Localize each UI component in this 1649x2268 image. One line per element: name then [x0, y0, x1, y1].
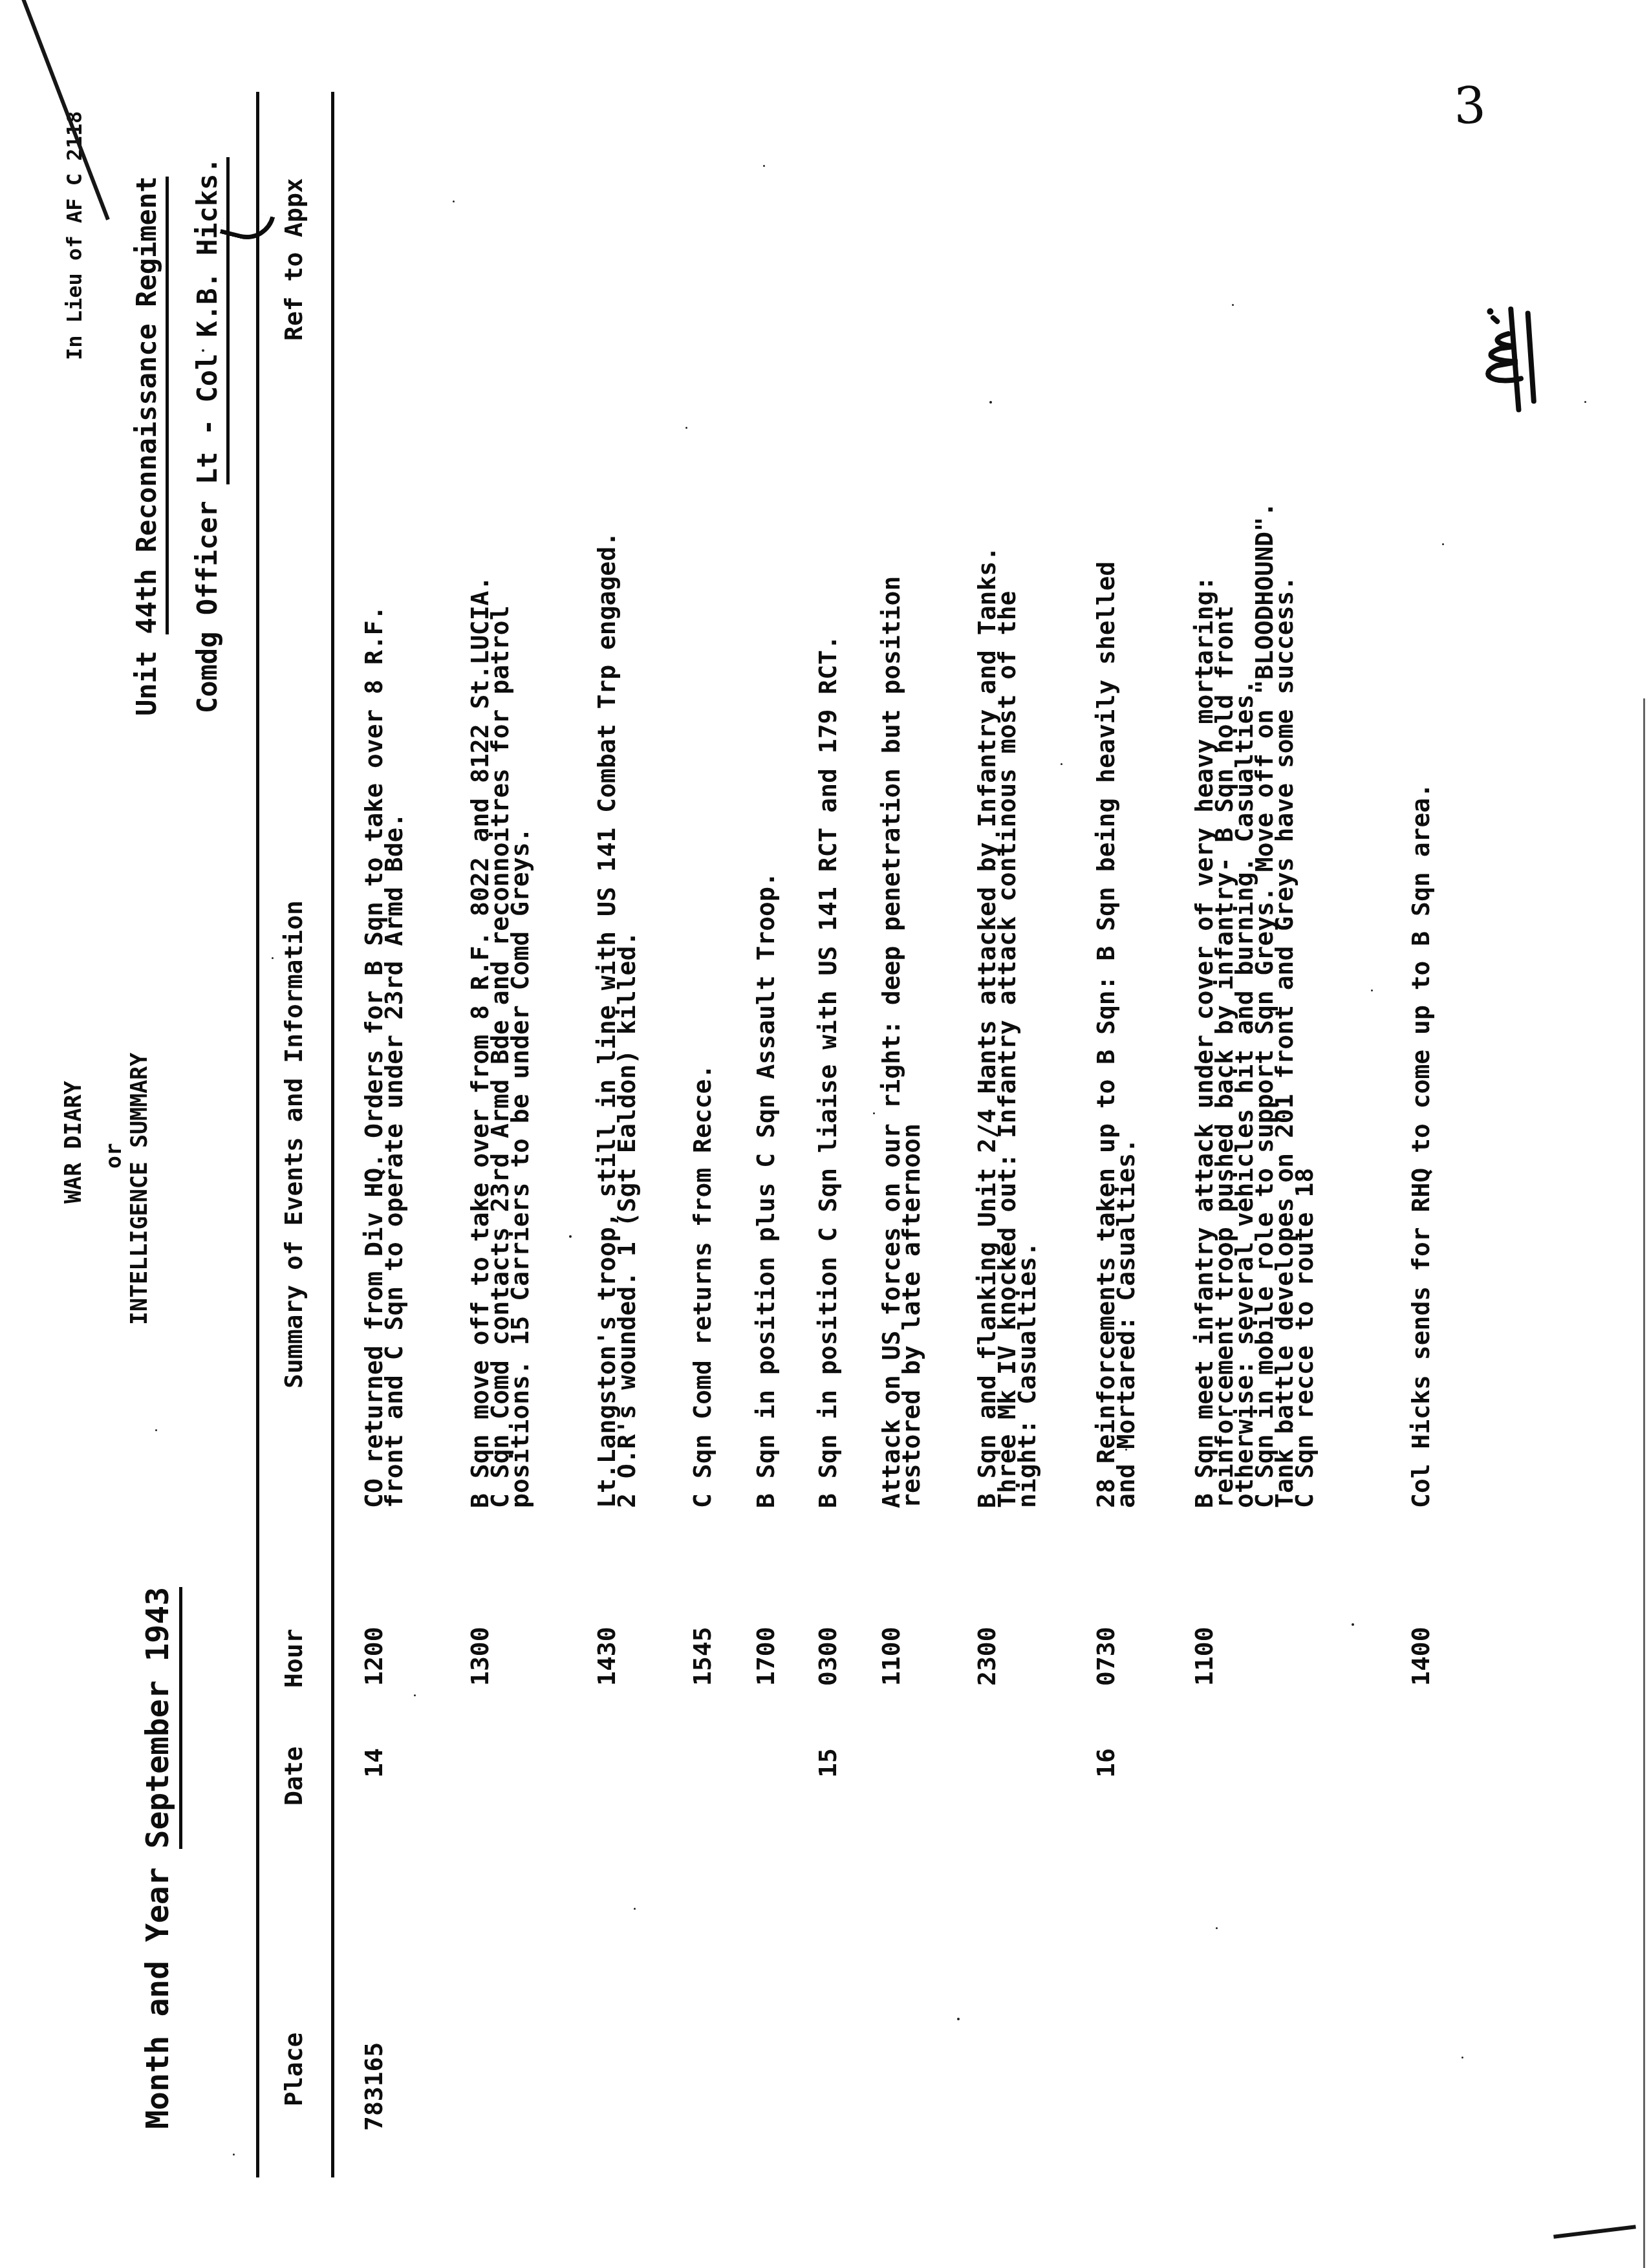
entry-summary-line: B Sqn in position C Sqn liaise with US 1…	[814, 635, 842, 1508]
col-header-place: Place	[279, 2033, 308, 2106]
speckle-dot	[989, 401, 992, 404]
speckle-dot	[202, 349, 204, 352]
comdg-officer-line: Comdg Officer Lt - Col K.B. Hicks.	[191, 157, 223, 713]
speckle-dot	[1061, 763, 1062, 765]
entry-summary-line: and Mortared: Casualties.	[1112, 1138, 1140, 1508]
entry-summary-line: front and C Sqn to operate under 23rd Ar…	[380, 813, 408, 1508]
col-header-summary: Summary of Events and Information	[279, 900, 308, 1388]
speckle-dot	[1352, 1623, 1354, 1626]
unit-value: 44th Reconnaissance Regiment	[131, 177, 169, 634]
entry-summary-line: Col Hicks sends for RHQ to come up to B …	[1406, 783, 1435, 1508]
col-header-date: Date	[279, 1746, 308, 1806]
form-reference: In Lieu of AF C 2118	[62, 111, 87, 360]
entry-date: 16	[1092, 1748, 1120, 1778]
entry-hour: 1430	[592, 1626, 621, 1686]
entry-hour: 1545	[688, 1626, 717, 1686]
speckle-dot	[1232, 304, 1234, 306]
entry-summary-line: positions. 15 Carriers to be under Comd …	[506, 828, 534, 1508]
speckle-dot	[957, 2018, 960, 2020]
scanned-war-diary-page: In Lieu of AF C 2118 WAR DIARY or INTELL…	[0, 0, 1649, 2268]
col-header-ref: Ref to Appx	[279, 178, 308, 341]
col-header-hour: Hour	[279, 1628, 308, 1688]
entry-place: 783165	[360, 2042, 388, 2131]
entry-hour: 0730	[1092, 1626, 1120, 1686]
comdg-label: Comdg Officer	[191, 484, 223, 713]
speckle-dot	[1461, 2057, 1463, 2058]
unit-label: Unit	[131, 634, 162, 716]
speckle-dot	[1216, 1927, 1218, 1929]
speckle-dot	[1442, 543, 1444, 545]
speckle-dot	[1584, 401, 1586, 403]
handwritten-page-number: 3	[1453, 76, 1487, 136]
speckle-dot	[233, 2154, 235, 2155]
speckle-dot	[685, 427, 687, 429]
entry-summary-line: restored by late afternoon	[897, 1123, 925, 1508]
speckle-dot	[414, 1694, 416, 1696]
entry-hour: 1200	[360, 1626, 388, 1686]
entry-hour: 2300	[973, 1626, 1001, 1686]
scan-artifact-right-edge	[1643, 698, 1645, 2268]
table-rule-bottom	[331, 92, 334, 2177]
unit-line: Unit 44th Reconnaissance Regiment	[131, 177, 162, 716]
table-rule-top	[256, 92, 259, 2177]
speckle-dot	[155, 1429, 157, 1431]
rotated-form-page: In Lieu of AF C 2118 WAR DIARY or INTELL…	[0, 0, 1649, 2268]
month-value: September 1943	[140, 1587, 182, 1849]
form-title-line1: WAR DIARY	[61, 1081, 87, 1204]
entry-hour: 1100	[877, 1626, 905, 1686]
entry-date: 15	[814, 1748, 842, 1778]
entry-summary-line: 2 O.R's wounded. 1 (Sgt Ealdon) killed.	[612, 931, 641, 1508]
speckle-dot	[272, 957, 274, 959]
speckle-dot	[453, 200, 455, 202]
speckle-dot	[873, 1112, 875, 1114]
entry-summary-line: B Sqn in position plus C Sqn Assault Tro…	[751, 872, 780, 1508]
speckle-dot	[1371, 989, 1373, 991]
form-title-line3: INTELLIGENCE SUMMARY	[127, 1053, 153, 1325]
entry-date: 14	[360, 1748, 388, 1778]
comdg-value: Lt - Col K.B. Hicks.	[191, 157, 230, 484]
entry-summary-line: C Sqn recce to route 18	[1290, 1168, 1319, 1508]
entry-hour: 1400	[1406, 1626, 1435, 1686]
entry-hour: 1300	[466, 1626, 494, 1686]
speckle-dot	[634, 1908, 636, 1910]
entry-hour: 1700	[751, 1626, 780, 1686]
speckle-dot	[763, 165, 765, 167]
month-label: Month and Year	[140, 1849, 176, 2129]
signature-scribble-icon	[1450, 288, 1547, 422]
speckle-dot	[569, 1235, 572, 1238]
speckle-dot	[1125, 1449, 1127, 1451]
entry-hour: 0300	[814, 1626, 842, 1686]
entry-hour: 1100	[1190, 1626, 1218, 1686]
month-year-line: Month and Year September 1943	[140, 1587, 176, 2129]
form-title-line2: or	[101, 1143, 126, 1169]
entry-summary-line: C Sqn Comd returns from Recce.	[688, 1064, 717, 1508]
entry-summary-line: night: Casualties.	[1013, 1242, 1041, 1508]
